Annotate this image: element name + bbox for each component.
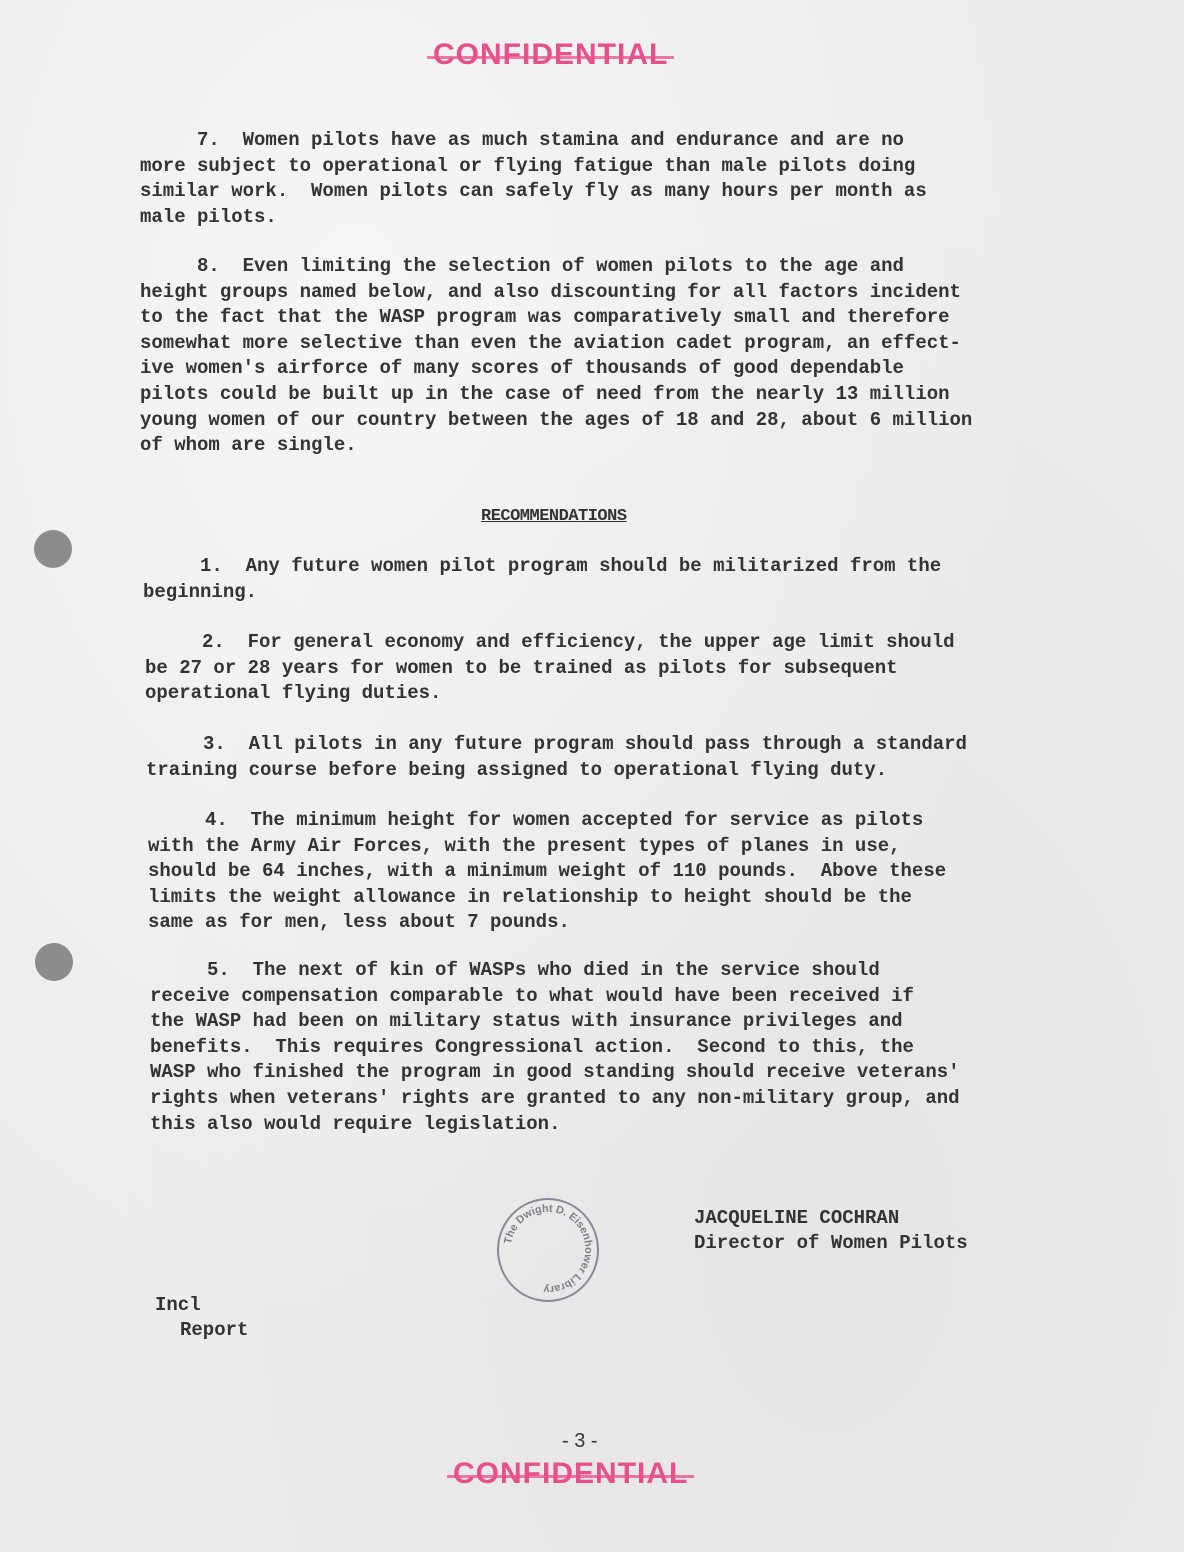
recommendation-2: 2. For general economy and efficiency, t… — [145, 630, 955, 707]
stamp-strike-line — [447, 1475, 694, 1478]
punch-hole-top — [34, 530, 72, 568]
recommendation-1: 1. Any future women pilot program should… — [143, 554, 941, 605]
library-seal-icon: The Dwight D. Eisenhower Library — [499, 1200, 597, 1298]
confidential-stamp-text: CONFIDENTIAL — [453, 1457, 688, 1490]
paragraph-7: 7. Women pilots have as much stamina and… — [140, 128, 927, 230]
page-number: - 3 - — [562, 1430, 598, 1453]
confidential-stamp-top: CONFIDENTIAL — [433, 38, 668, 72]
library-seal-stamp: The Dwight D. Eisenhower Library — [497, 1198, 599, 1302]
stamp-strike-line — [427, 56, 674, 59]
signature-title: Director of Women Pilots — [694, 1230, 968, 1256]
recommendation-5: 5. The next of kin of WASPs who died in … — [150, 958, 960, 1137]
recommendation-4: 4. The minimum height for women accepted… — [148, 808, 946, 936]
document-page: CONFIDENTIAL 7. Women pilots have as muc… — [0, 0, 1184, 1552]
paragraph-8: 8. Even limiting the selection of women … — [140, 254, 972, 459]
confidential-stamp-bottom: CONFIDENTIAL — [453, 1457, 688, 1491]
svg-text:The Dwight D. Eisenhower Libra: The Dwight D. Eisenhower Library — [502, 1203, 594, 1296]
enclosure-label: Incl — [155, 1292, 201, 1318]
enclosure-item: Report — [180, 1317, 248, 1343]
recommendations-heading: RECOMMENDATIONS — [481, 507, 627, 526]
punch-hole-bottom — [35, 943, 73, 981]
signature-name: JACQUELINE COCHRAN — [694, 1205, 899, 1231]
confidential-stamp-text: CONFIDENTIAL — [433, 38, 668, 71]
recommendation-3: 3. All pilots in any future program shou… — [146, 732, 967, 783]
